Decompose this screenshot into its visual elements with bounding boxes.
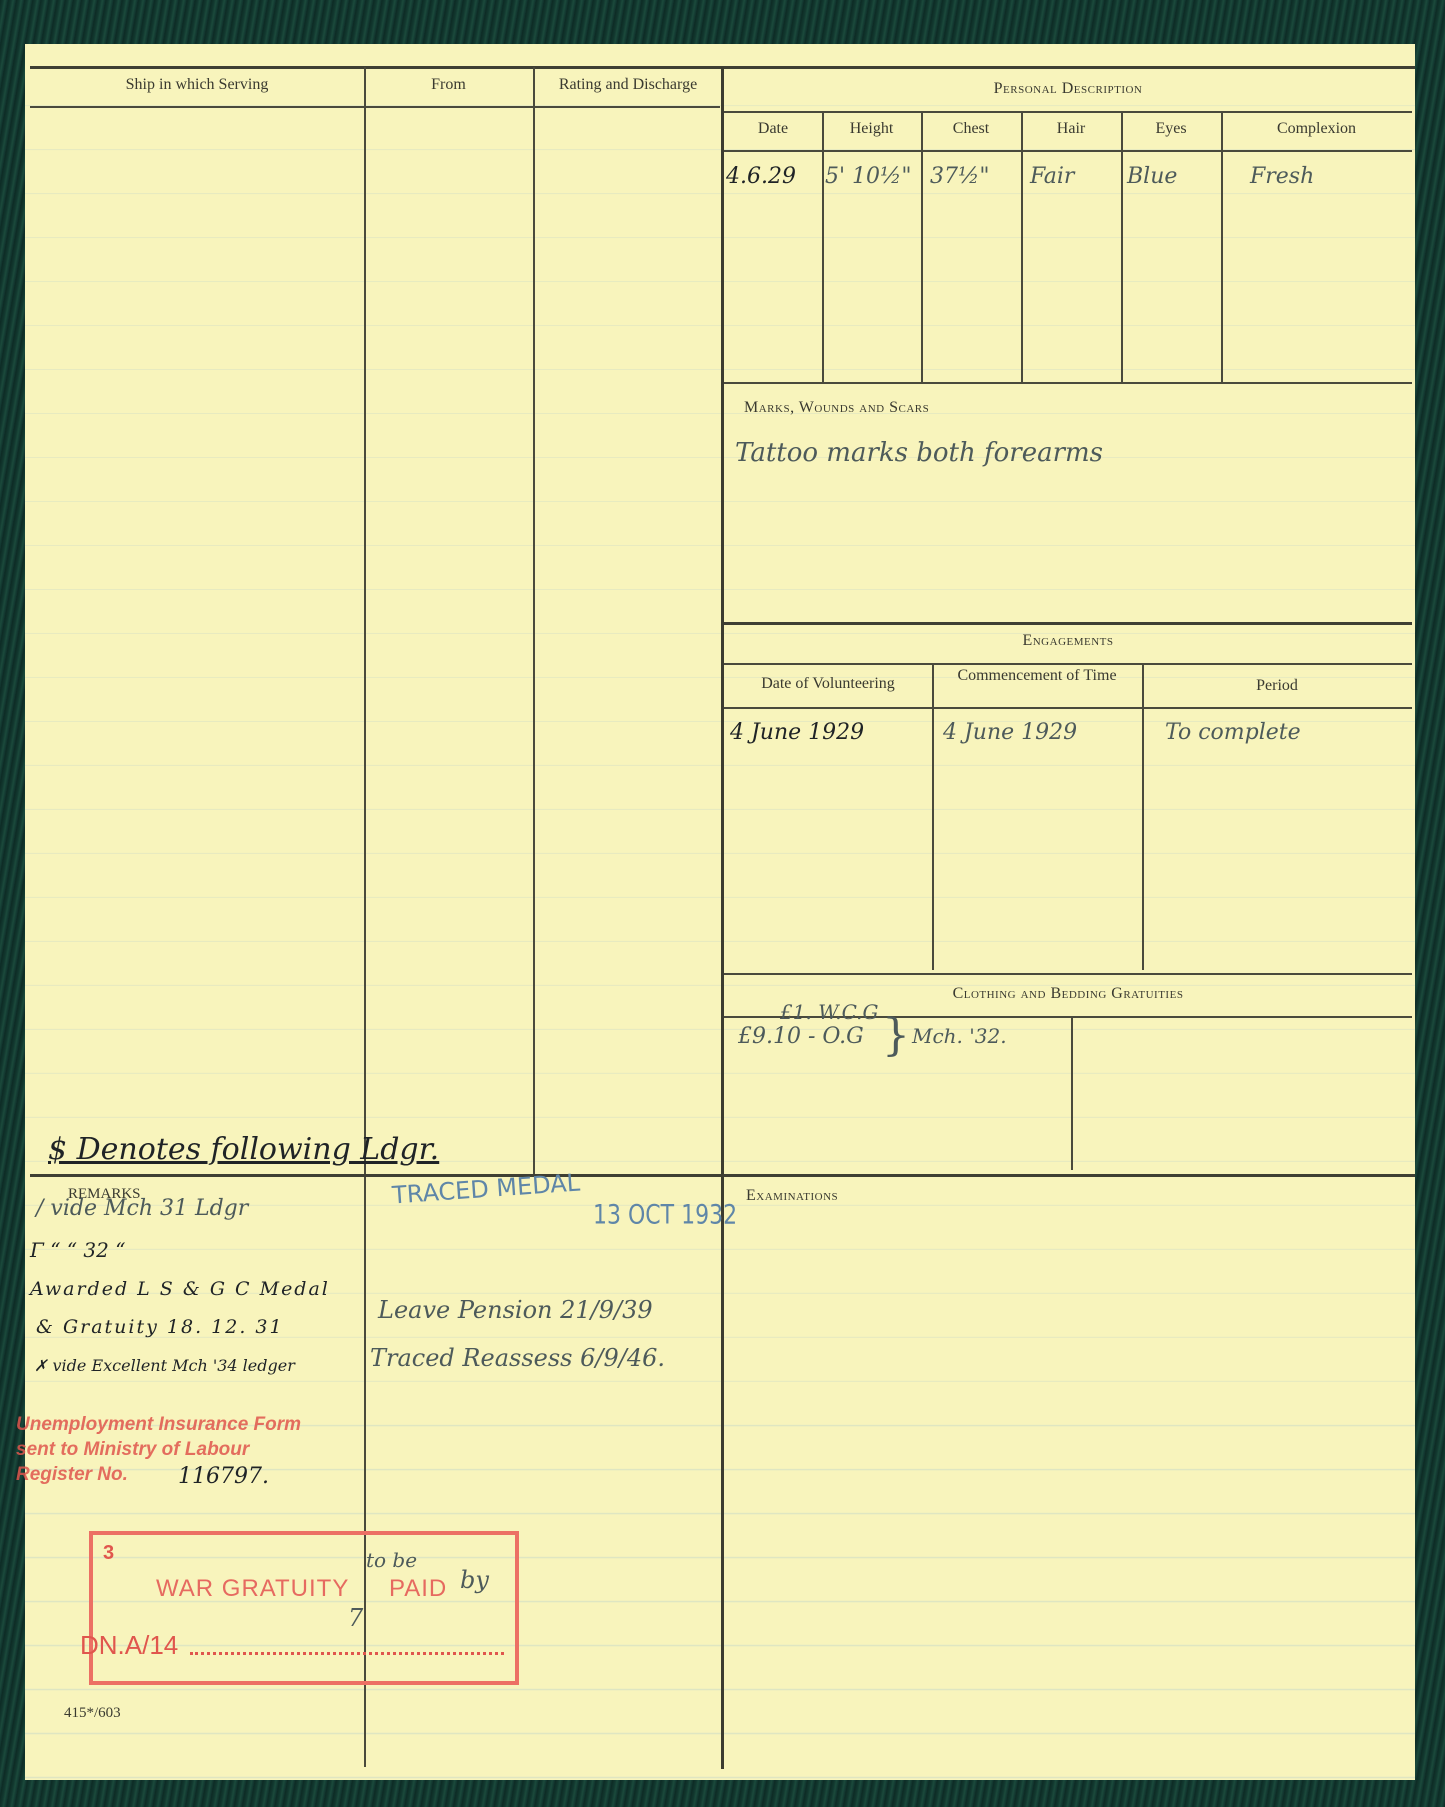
war-gratuity-number: 3 xyxy=(103,1542,114,1565)
war-gratuity-label: WAR GRATUITY xyxy=(156,1575,349,1603)
remark-line-1: / vide Mch 31 Ldgr xyxy=(36,1196,248,1221)
remarks-divider xyxy=(30,1174,1415,1177)
from-column-divider xyxy=(364,67,366,1767)
service-record-sheet xyxy=(25,44,1415,1780)
marks-title: Marks, Wounds and Scars xyxy=(744,399,929,417)
col-divider xyxy=(1221,112,1223,382)
engagements-bottom xyxy=(724,973,1412,975)
mark-note: 7 xyxy=(348,1604,363,1632)
form-number: 415*/603 xyxy=(64,1705,121,1722)
from-column-header: From xyxy=(364,76,533,94)
clothing-divider xyxy=(1071,1018,1073,1170)
date-header: Date xyxy=(724,120,822,138)
chest-value: 37½" xyxy=(930,164,989,189)
rating-column-divider xyxy=(533,67,535,1175)
engagements-subheader-underline xyxy=(724,707,1412,709)
remark-line-5: ✗ vide Excellent Mch '34 ledger xyxy=(34,1356,295,1375)
tobe-note: to be xyxy=(366,1548,417,1572)
by-note: by xyxy=(460,1566,489,1594)
eyes-value: Blue xyxy=(1127,164,1177,189)
ledger-note: $ Denotes following Ldgr. xyxy=(48,1132,439,1167)
engagements-top xyxy=(724,622,1412,625)
clothing-line2: £9.10 - O.G xyxy=(738,1024,864,1049)
remark-line-3: Awarded L S & G C Medal xyxy=(30,1278,330,1300)
col-divider xyxy=(932,664,934,970)
ship-column-header: Ship in which Serving xyxy=(30,76,364,94)
eyes-header: Eyes xyxy=(1121,120,1221,138)
personal-description-title: Personal Description xyxy=(724,80,1412,98)
hair-value: Fair xyxy=(1030,164,1074,189)
hair-header: Hair xyxy=(1021,120,1121,138)
personal-subheader-underline xyxy=(724,150,1412,152)
complexion-header: Complexion xyxy=(1221,120,1412,138)
col-divider xyxy=(921,112,923,382)
col-divider xyxy=(1021,112,1023,382)
war-gratuity-paid: PAID xyxy=(389,1575,447,1603)
volunteering-value: 4 June 1929 xyxy=(730,720,864,745)
clothing-date: Mch. '32. xyxy=(912,1024,1007,1048)
unemployment-stamp-line3: Register No. xyxy=(16,1464,128,1486)
clothing-line1: £1. W.C.G xyxy=(780,1000,879,1024)
personal-column-divider xyxy=(721,67,724,1769)
unemployment-stamp-line2: sent to Ministry of Labour xyxy=(16,1439,249,1461)
height-header: Height xyxy=(822,120,921,138)
engagements-title: Engagements xyxy=(724,632,1412,650)
personal-description-underline xyxy=(724,111,1412,113)
period-value: To complete xyxy=(1165,720,1301,745)
remark-line-2: Γ “ “ 32 “ xyxy=(30,1238,125,1262)
dna-dotted-line xyxy=(190,1652,504,1655)
brace-icon: } xyxy=(882,1010,910,1061)
complexion-value: Fresh xyxy=(1250,164,1314,189)
volunteering-header: Date of Volunteering xyxy=(724,675,932,693)
date-value: 4.6.29 xyxy=(726,164,796,189)
dna-field: DN.A/14 xyxy=(80,1630,178,1661)
height-value: 5' 10½" xyxy=(825,164,911,189)
register-number: 116797. xyxy=(178,1464,269,1489)
col-divider xyxy=(1142,664,1144,970)
personal-table-bottom xyxy=(724,382,1412,384)
traced-reassess-note: Traced Reassess 6/9/46. xyxy=(370,1344,665,1372)
commencement-header: Commencement of Time xyxy=(952,667,1122,685)
war-gratuity-stamp xyxy=(89,1531,519,1685)
remark-line-4: & Gratuity 18. 12. 31 xyxy=(36,1316,284,1338)
chest-header: Chest xyxy=(921,120,1021,138)
header-underline xyxy=(30,106,720,108)
period-header: Period xyxy=(1142,677,1412,695)
leave-pension-note: Leave Pension 21/9/39 xyxy=(378,1296,653,1324)
marks-value: Tattoo marks both forearms xyxy=(735,438,1103,468)
commencement-value: 4 June 1929 xyxy=(943,720,1077,745)
col-divider xyxy=(1121,112,1123,382)
col-divider xyxy=(822,112,824,382)
engagements-underline xyxy=(724,663,1412,665)
examinations-title: Examinations xyxy=(746,1187,838,1205)
traced-medal-date: 13 OCT 1932 xyxy=(593,1201,737,1231)
unemployment-stamp-line1: Unemployment Insurance Form xyxy=(16,1414,301,1436)
rating-column-header: Rating and Discharge xyxy=(535,76,721,94)
